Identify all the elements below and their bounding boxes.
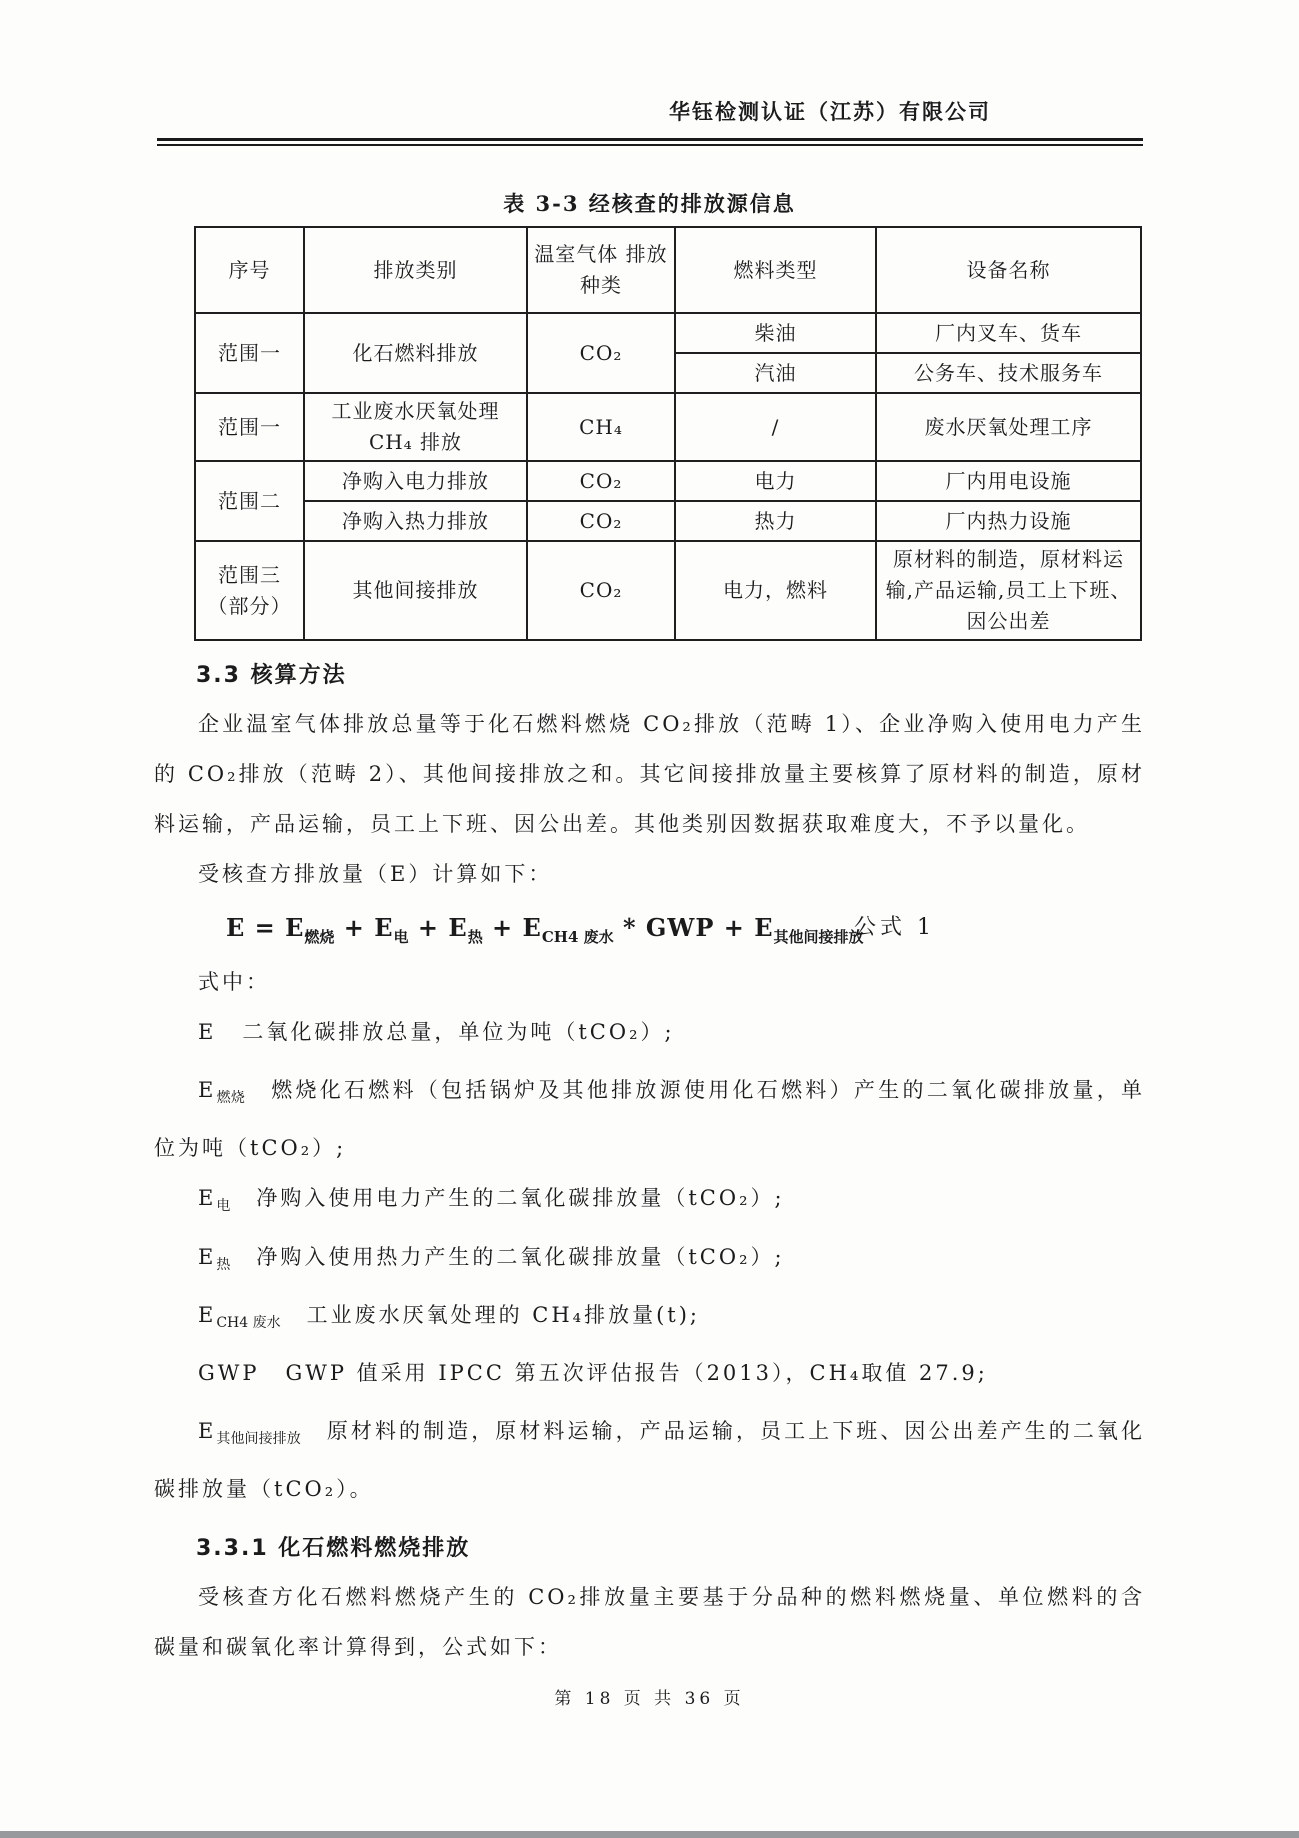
emissions-source-table: 序号 排放类别 温室气体 排放种类 燃料类型 设备名称 范围一 化石燃料排放 C…: [194, 226, 1142, 641]
cell-wastewater-equip: 废水厌氧处理工序: [876, 393, 1141, 461]
symbol-e-other: E其他间接排放: [198, 1419, 301, 1443]
table-row: 范围一 化石燃料排放 CO₂ 柴油 厂内叉车、货车: [195, 313, 1141, 353]
cell-co2-fossil: CO₂: [527, 313, 675, 393]
symbol-gwp: GWP: [198, 1361, 260, 1385]
symbol-e: E: [198, 1020, 216, 1044]
cell-diesel: 柴油: [675, 313, 876, 353]
symbol-e-ch4: ECH4 废水: [198, 1303, 281, 1327]
cell-no-fuel: /: [675, 393, 876, 461]
definition-text: 燃烧化石燃料（包括锅炉及其他排放源使用化石燃料）产生的二氧化碳排放量，单位为吨（…: [154, 1078, 1145, 1160]
cell-service-vehicle-equip: 公务车、技术服务车: [876, 353, 1141, 393]
page-header: 华钰检测认证（江苏）有限公司: [0, 0, 1299, 146]
cell-heat-category: 净购入热力排放: [304, 501, 527, 541]
definition-text: GWP 值采用 IPCC 第五次评估报告（2013），CH₄取值 27.9;: [286, 1361, 988, 1385]
col-header-seq: 序号: [195, 227, 304, 313]
rule-bottom-line: [157, 144, 1143, 146]
section-3-3-1-heading: 3.3.1 化石燃料燃烧排放: [196, 1526, 1145, 1572]
cell-heat-equip: 厂内热力设施: [876, 501, 1141, 541]
definition-text: 工业废水厌氧处理的 CH₄排放量(t);: [307, 1303, 700, 1327]
company-name: 华钰检测认证（江苏）有限公司: [0, 96, 1299, 126]
cell-co2-electricity: CO₂: [527, 461, 675, 501]
formula-term: * GWP + E其他间接排放: [614, 913, 864, 942]
definition-text: 净购入使用热力产生的二氧化碳排放量（tCO₂）;: [256, 1245, 784, 1269]
cell-co2-heat: CO₂: [527, 501, 675, 541]
table-row: 范围一 工业废水厌氧处理 CH₄ 排放 CH₄ / 废水厌氧处理工序: [195, 393, 1141, 461]
table-header-row: 序号 排放类别 温室气体 排放种类 燃料类型 设备名称: [195, 227, 1141, 313]
table-row: 范围三（部分） 其他间接排放 CO₂ 电力，燃料 原材料的制造，原材料运输,产品…: [195, 541, 1141, 640]
cell-other-indirect-equip: 原材料的制造，原材料运输,产品运输,员工上下班、因公出差: [876, 541, 1141, 640]
table-title: 表 3-3 经核查的排放源信息: [154, 188, 1145, 218]
cell-other-indirect-category: 其他间接排放: [304, 541, 527, 640]
paragraph-fossil-fuel: 受核查方化石燃料燃烧产生的 CO₂排放量主要基于分品种的燃料燃烧量、单位燃料的含…: [154, 1572, 1145, 1672]
col-header-gas-type: 温室气体 排放种类: [527, 227, 675, 313]
cell-heat-fuel: 热力: [675, 501, 876, 541]
paragraph-total-emissions: 企业温室气体排放总量等于化石燃料燃烧 CO₂排放（范畴 1）、企业净购入使用电力…: [154, 699, 1145, 849]
table-row: 范围二 净购入电力排放 CO₂ 电力 厂内用电设施: [195, 461, 1141, 501]
cell-ch4: CH₄: [527, 393, 675, 461]
formula-term: + E电: [334, 913, 408, 942]
table-row: 净购入热力排放 CO₂ 热力 厂内热力设施: [195, 501, 1141, 541]
definition-e-combustion: E燃烧燃烧化石燃料（包括锅炉及其他排放源使用化石燃料）产生的二氧化碳排放量，单位…: [154, 1065, 1145, 1173]
cell-electricity-equip: 厂内用电设施: [876, 461, 1141, 501]
cell-wastewater-category: 工业废水厌氧处理 CH₄ 排放: [304, 393, 527, 461]
col-header-fuel-type: 燃料类型: [675, 227, 876, 313]
where-label: 式中：: [154, 957, 1145, 1007]
cell-gasoline: 汽油: [675, 353, 876, 393]
formula-term: E = E燃烧: [226, 913, 334, 942]
definition-text: 净购入使用电力产生的二氧化碳排放量（tCO₂）;: [256, 1186, 784, 1210]
formula-term: + E热: [409, 913, 483, 942]
formula-term: + ECH4 废水: [483, 913, 614, 942]
cell-co2-other: CO₂: [527, 541, 675, 640]
definition-e-electricity: E电净购入使用电力产生的二氧化碳排放量（tCO₂）;: [154, 1173, 1145, 1231]
definition-e-heat: E热净购入使用热力产生的二氧化碳排放量（tCO₂）;: [154, 1232, 1145, 1290]
paragraph-formula-intro: 受核查方排放量（E）计算如下：: [154, 849, 1145, 899]
definition-text: 原材料的制造，原材料运输，产品运输，员工上下班、因公出差产生的二氧化碳排放量（t…: [154, 1419, 1145, 1501]
symbol-e-heat: E热: [198, 1245, 230, 1269]
document-page: { "header": { "company": "华钰检测认证（江苏）有限公司…: [0, 0, 1299, 1838]
page-content: 表 3-3 经核查的排放源信息 序号 排放类别 温室气体 排放种类 燃料类型 设…: [0, 188, 1299, 1672]
section-3-3-heading: 3.3 核算方法: [196, 653, 1145, 699]
emission-formula: E = E燃烧 + E电 + E热 + ECH4 废水 * GWP + E其他间…: [226, 913, 864, 942]
formula-row: E = E燃烧 + E电 + E热 + ECH4 废水 * GWP + E其他间…: [154, 899, 1145, 957]
header-double-rule: [157, 138, 1143, 146]
page-number: 第 18 页 共 36 页: [554, 1689, 744, 1709]
definition-e-ch4-wastewater: ECH4 废水工业废水厌氧处理的 CH₄排放量(t);: [154, 1290, 1145, 1348]
cell-forklift-truck-equip: 厂内叉车、货车: [876, 313, 1141, 353]
definition-e: E二氧化碳排放总量，单位为吨（tCO₂）;: [154, 1007, 1145, 1065]
scan-edge-artifact: [0, 1831, 1299, 1838]
symbol-e-electricity: E电: [198, 1186, 230, 1210]
cell-fossil-fuel-category: 化石燃料排放: [304, 313, 527, 393]
symbol-e-combustion: E燃烧: [198, 1078, 245, 1102]
col-header-equipment-name: 设备名称: [876, 227, 1141, 313]
page-footer: 第 18 页 共 36 页: [0, 1684, 1299, 1709]
cell-scope1: 范围一: [195, 313, 304, 393]
definition-gwp: GWPGWP 值采用 IPCC 第五次评估报告（2013），CH₄取值 27.9…: [154, 1348, 1145, 1406]
definition-e-other-indirect: E其他间接排放原材料的制造，原材料运输，产品运输，员工上下班、因公出差产生的二氧…: [154, 1406, 1145, 1514]
cell-elec-fuel: 电力，燃料: [675, 541, 876, 640]
cell-scope1-wastewater: 范围一: [195, 393, 304, 461]
cell-scope2: 范围二: [195, 461, 304, 541]
cell-scope3: 范围三（部分）: [195, 541, 304, 640]
cell-electricity-category: 净购入电力排放: [304, 461, 527, 501]
definition-text: 二氧化碳排放总量，单位为吨（tCO₂）;: [242, 1020, 674, 1044]
col-header-category: 排放类别: [304, 227, 527, 313]
cell-electricity-fuel: 电力: [675, 461, 876, 501]
formula-number-label: 公式 1: [854, 899, 935, 957]
